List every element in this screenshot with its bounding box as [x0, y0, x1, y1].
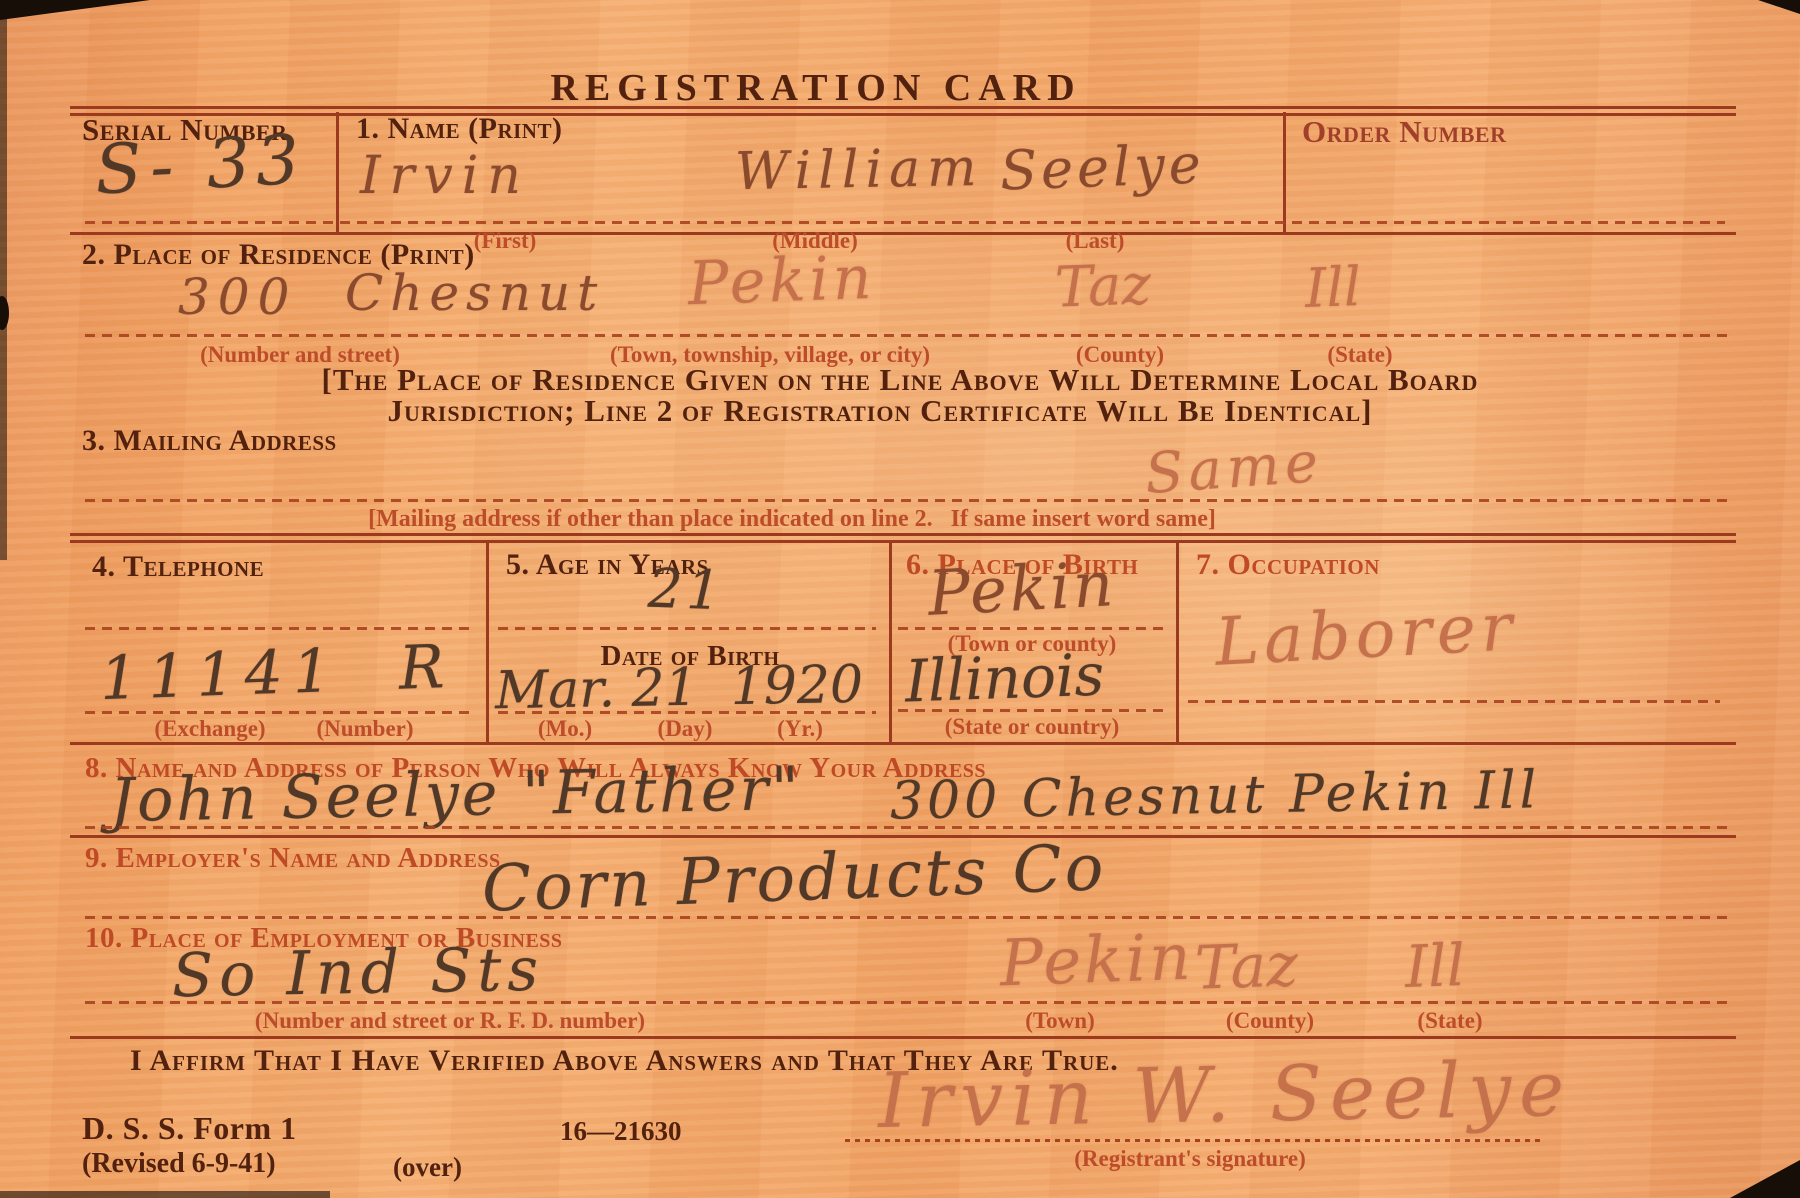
residence-state-value: Ill — [1304, 255, 1362, 320]
dots-signature — [845, 1139, 1545, 1142]
dob-sub-mo: (Mo.) — [538, 716, 592, 742]
card-title: REGISTRATION CARD — [550, 66, 1081, 110]
residence-street-value: Chesnut — [345, 264, 604, 322]
birth-town-value: Pekin — [926, 547, 1118, 630]
serial-number-value: S- 33 — [93, 121, 307, 211]
birth-state-value: Illinois — [904, 641, 1105, 716]
divider-serial-name — [336, 112, 339, 234]
mailing-value: Same — [1143, 430, 1325, 507]
employment-sub-state: (State) — [1417, 1008, 1482, 1034]
dash-contact — [85, 826, 1730, 829]
board-note-line2: Jurisdiction; Line 2 of Registration Cer… — [388, 393, 1373, 429]
divider-name-order — [1283, 112, 1286, 234]
occupation-label: 7. Occupation — [1196, 548, 1380, 582]
dash-telephone-low — [85, 711, 473, 714]
divider-age-birth — [889, 540, 892, 742]
print-code: 16—21630 — [560, 1116, 682, 1147]
form-revision: (Revised 6-9-41) — [82, 1148, 276, 1180]
divider-tel-age — [486, 540, 489, 742]
name-last-value: Seelye — [999, 132, 1206, 202]
scan-edge-bottom-left — [0, 1191, 330, 1198]
registration-card: REGISTRATION CARD Serial Number S- 33 1.… — [0, 0, 1800, 1198]
residence-number-value: 300 — [178, 268, 297, 326]
name-middle-value: William — [734, 138, 983, 202]
age-value: 21 — [647, 557, 726, 623]
scan-corner-bottom-right — [1730, 1160, 1800, 1198]
rule-grid-top — [70, 533, 1736, 543]
order-number-label: Order Number — [1302, 114, 1506, 150]
employment-sub-number-street: (Number and street or R. F. D. number) — [255, 1008, 645, 1034]
employment-state-value: Ill — [1404, 931, 1466, 1001]
signature-caption: (Registrant's signature) — [1074, 1146, 1305, 1172]
telephone-value: 11141 R — [99, 632, 455, 714]
dob-sub-day: (Day) — [658, 716, 713, 742]
rule-grid-bottom — [70, 742, 1736, 745]
birth-sub-state: (State or country) — [945, 714, 1120, 740]
telephone-label: 4. Telephone — [92, 550, 264, 584]
dash-age-mid — [498, 627, 876, 630]
telephone-sub-exchange: (Exchange) — [154, 716, 265, 742]
employer-value: Corn Products Co — [481, 831, 1107, 927]
form-number: D. S. S. Form 1 — [82, 1110, 297, 1147]
name-first-value: Irvin — [360, 146, 530, 206]
employment-sub-town: (Town) — [1025, 1008, 1094, 1034]
over-note: (over) — [393, 1152, 462, 1183]
rule-employment — [70, 1036, 1736, 1039]
mailing-label: 3. Mailing Address — [82, 424, 337, 458]
dash-employment — [85, 1001, 1730, 1004]
dash-mailing — [85, 499, 1730, 502]
registrant-signature: Irvin W. Seelye — [877, 1044, 1573, 1145]
occupation-value: Laborer — [1213, 588, 1519, 681]
dob-sub-yr: (Yr.) — [777, 716, 823, 742]
scan-edge-left — [0, 0, 7, 560]
name-sub-last: (Last) — [1066, 228, 1125, 254]
mailing-caption: [Mailing address if other than place ind… — [368, 506, 1216, 533]
dash-residence — [85, 334, 1730, 337]
contact-address-value: 300 Chesnut Pekin Ill — [890, 760, 1541, 831]
telephone-sub-number: (Number) — [316, 716, 413, 742]
employer-label: 9. Employer's Name and Address — [85, 842, 501, 875]
name-sub-first: (First) — [474, 228, 537, 254]
name-label: 1. Name (Print) — [356, 112, 562, 146]
scan-corner-top-right — [1758, 0, 1800, 14]
scan-corner-top-left — [0, 0, 150, 20]
employment-street-value: So Ind Sts — [171, 935, 544, 1011]
dash-occupation — [1188, 700, 1720, 703]
employment-town-value: Pekin — [999, 921, 1195, 1002]
dash-birth-low — [898, 709, 1166, 712]
dash-age-low — [498, 711, 876, 714]
rule-row1-bottom — [70, 232, 1736, 235]
scan-notch-left — [0, 296, 9, 330]
dash-row1 — [85, 221, 1725, 224]
employment-county-value: Taz — [1194, 930, 1299, 1004]
dash-telephone-mid — [85, 627, 473, 630]
residence-town-value: Pekin — [687, 243, 877, 319]
employment-sub-county: (County) — [1226, 1008, 1314, 1034]
dash-birth-mid — [898, 627, 1166, 630]
residence-county-value: Taz — [1054, 252, 1152, 320]
dash-employer — [85, 916, 1730, 919]
contact-name-value: John Seelye "Father" — [109, 754, 802, 836]
divider-birth-occ — [1176, 540, 1179, 742]
